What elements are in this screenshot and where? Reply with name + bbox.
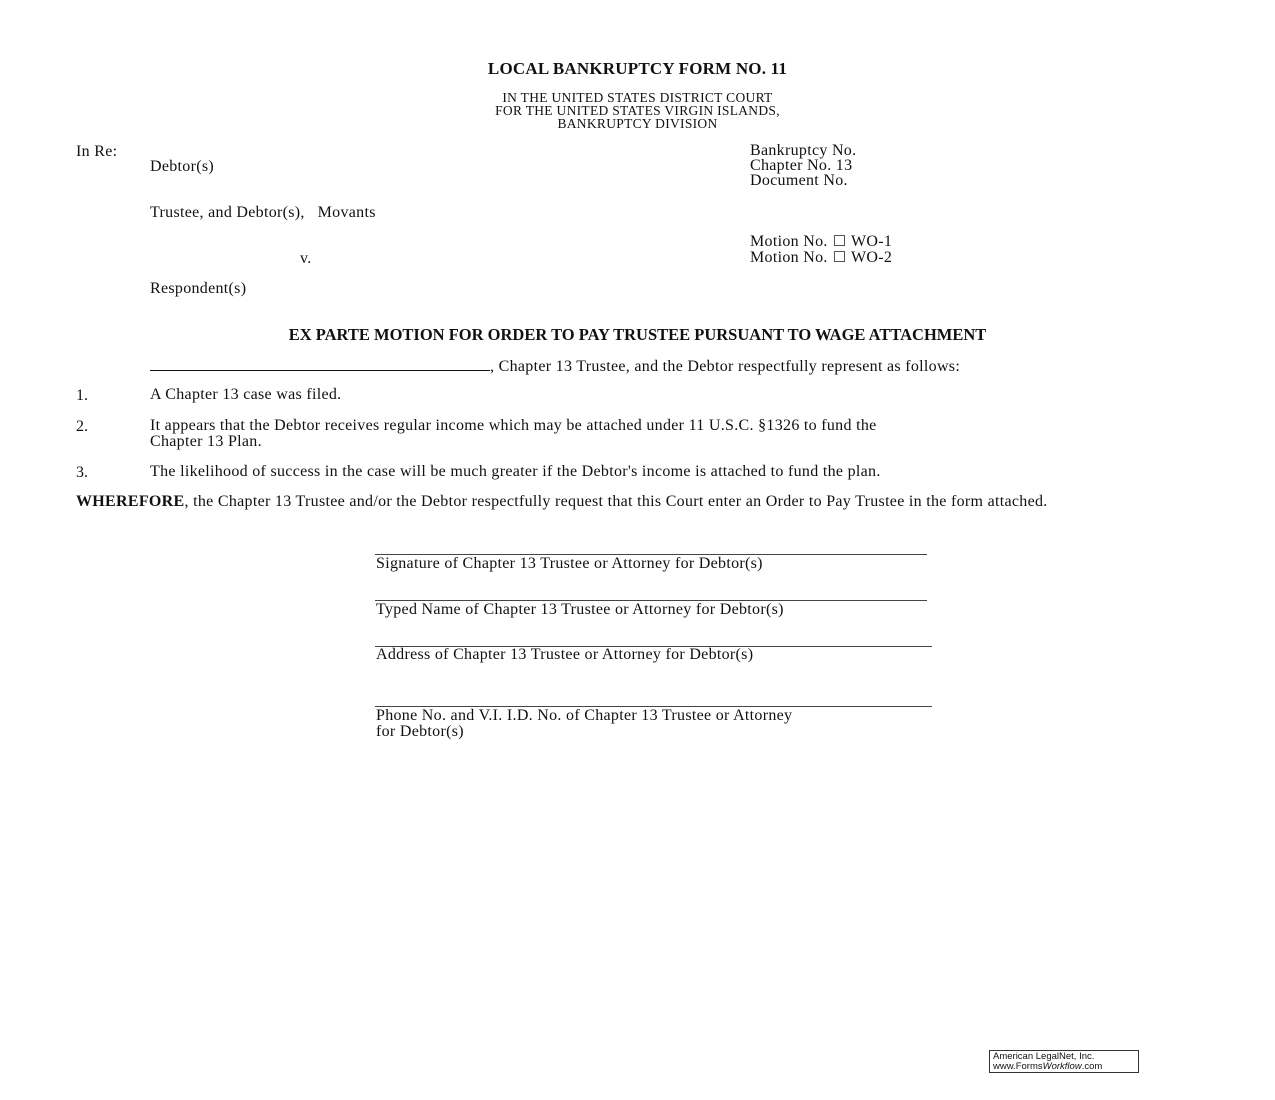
checkbox-icon[interactable] (834, 235, 845, 246)
item-number-3: 3. (76, 464, 88, 482)
intro-line: , Chapter 13 Trustee, and the Debtor res… (150, 356, 960, 376)
motion-option-label: WO-2 (851, 249, 892, 266)
wherefore-text: , the Chapter 13 Trustee and/or the Debt… (185, 493, 1048, 510)
checkbox-icon[interactable] (834, 251, 845, 262)
motion-heading: EX PARTE MOTION FOR ORDER TO PAY TRUSTEE… (0, 325, 1275, 345)
in-re-label: In Re: (76, 143, 117, 161)
item-text-1: A Chapter 13 case was filed. (150, 387, 341, 403)
motion-label: Motion No. (750, 249, 828, 266)
motion-label: Motion No. (750, 233, 828, 250)
phone-id-label: Phone No. and V.I. I.D. No. of Chapter 1… (376, 708, 792, 724)
motion-options: Motion No. WO-1 Motion No. WO-2 (750, 234, 892, 266)
movants-label: Trustee, and Debtor(s), Movants (150, 204, 376, 222)
trustee-name-blank[interactable] (150, 356, 490, 371)
address-label: Address of Chapter 13 Trustee or Attorne… (376, 647, 753, 663)
form-title: LOCAL BANKRUPTCY FORM NO. 11 (0, 59, 1275, 79)
phone-id-label-cont: for Debtor(s) (376, 724, 464, 740)
typed-name-label: Typed Name of Chapter 13 Trustee or Atto… (376, 602, 784, 618)
item-number-1: 1. (76, 387, 88, 405)
publisher-url: www.FormsWorkflow.com (993, 1062, 1138, 1072)
item-text-2-cont: Chapter 13 Plan. (150, 434, 262, 450)
versus-label: v. (300, 250, 312, 268)
respondents-label: Respondent(s) (150, 280, 246, 298)
case-info: Bankruptcy No. Chapter No. 13 Document N… (750, 143, 856, 188)
item-text-2: It appears that the Debtor receives regu… (150, 418, 877, 434)
item-number-2: 2. (76, 418, 88, 436)
court-line-3: BANKRUPTCY DIVISION (0, 117, 1275, 130)
item-text-3: The likelihood of success in the case wi… (150, 464, 881, 480)
motion-option-label: WO-1 (851, 233, 892, 250)
bankruptcy-no-field[interactable]: Bankruptcy No. (750, 143, 856, 158)
wherefore-paragraph: WHEREFORE, the Chapter 13 Trustee and/or… (76, 494, 1156, 510)
motion-option-wo1[interactable]: Motion No. WO-1 (750, 234, 892, 250)
wherefore-bold: WHEREFORE (76, 493, 185, 510)
publisher-badge: American LegalNet, Inc. www.FormsWorkflo… (989, 1050, 1139, 1073)
chapter-no-label: Chapter No. 13 (750, 158, 856, 173)
debtors-label: Debtor(s) (150, 158, 214, 176)
motion-option-wo2[interactable]: Motion No. WO-2 (750, 250, 892, 266)
intro-text: , Chapter 13 Trustee, and the Debtor res… (490, 358, 960, 375)
signature-label: Signature of Chapter 13 Trustee or Attor… (376, 556, 763, 572)
document-no-field[interactable]: Document No. (750, 173, 856, 188)
